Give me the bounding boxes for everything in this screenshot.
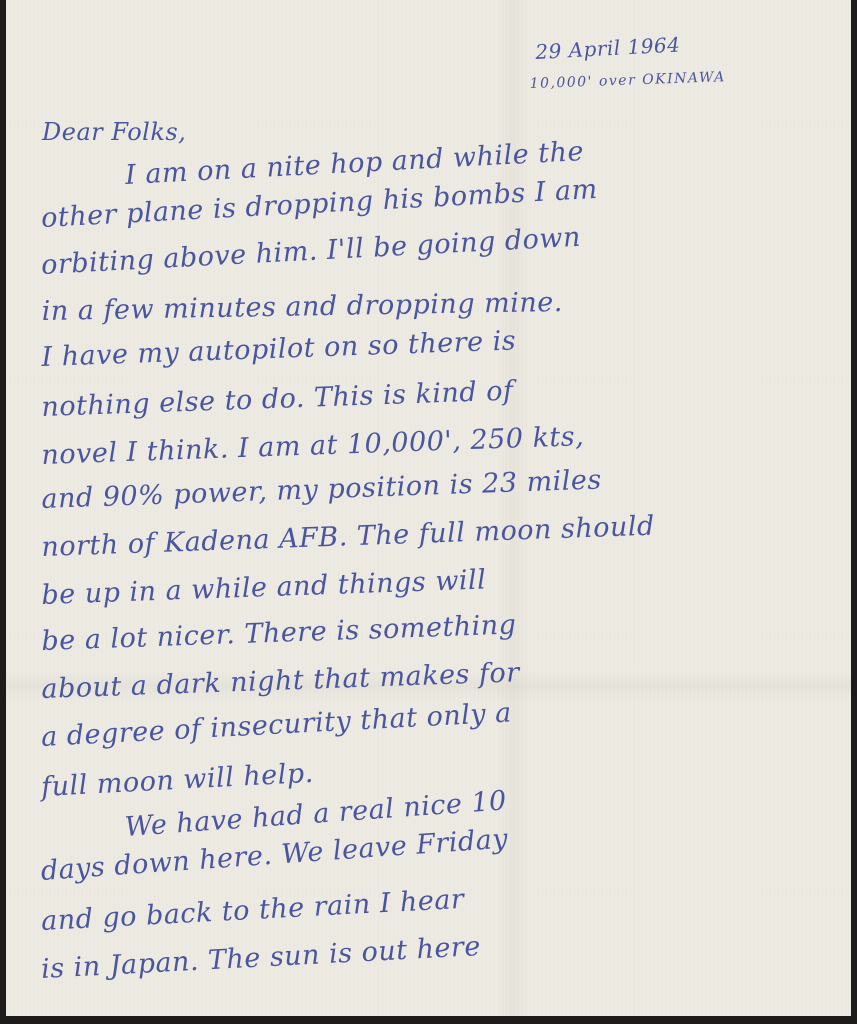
salutation: Dear Folks, — [42, 118, 186, 146]
letter-line: novel I think. I am at 10,000', 250 kts, — [41, 421, 585, 471]
letter-line: full moon will help. — [40, 758, 314, 803]
letter-line: a degree of insecurity that only a — [40, 697, 512, 753]
letter-line: I have my autopilot on so there is — [41, 325, 517, 373]
letter-line: days down here. We leave Friday — [40, 823, 509, 887]
letter-line: nothing else to do. This is kind of — [41, 376, 514, 423]
letter-line: be a lot nicer. There is something — [41, 609, 517, 657]
letter-line: and go back to the rain I hear — [40, 884, 465, 937]
letter-line: about a dark night that makes for — [41, 657, 520, 705]
letter-line: is in Japan. The sun is out here — [40, 931, 481, 985]
letter-line: north of Kadena AFB. The full moon shoul… — [41, 511, 655, 563]
letter-line: in a few minutes and dropping mine. — [41, 287, 563, 327]
letter-page: 29 April 1964 10,000' over OKINAWA Dear … — [6, 0, 851, 1016]
letter-line: be up in a while and things will — [41, 564, 487, 611]
letter-line: orbiting above him. I'll be going down — [40, 222, 581, 281]
letter-location: 10,000' over OKINAWA — [529, 69, 726, 92]
letter-line: and 90% power, my position is 23 miles — [41, 464, 602, 515]
letter-date: 29 April 1964 — [535, 32, 681, 64]
